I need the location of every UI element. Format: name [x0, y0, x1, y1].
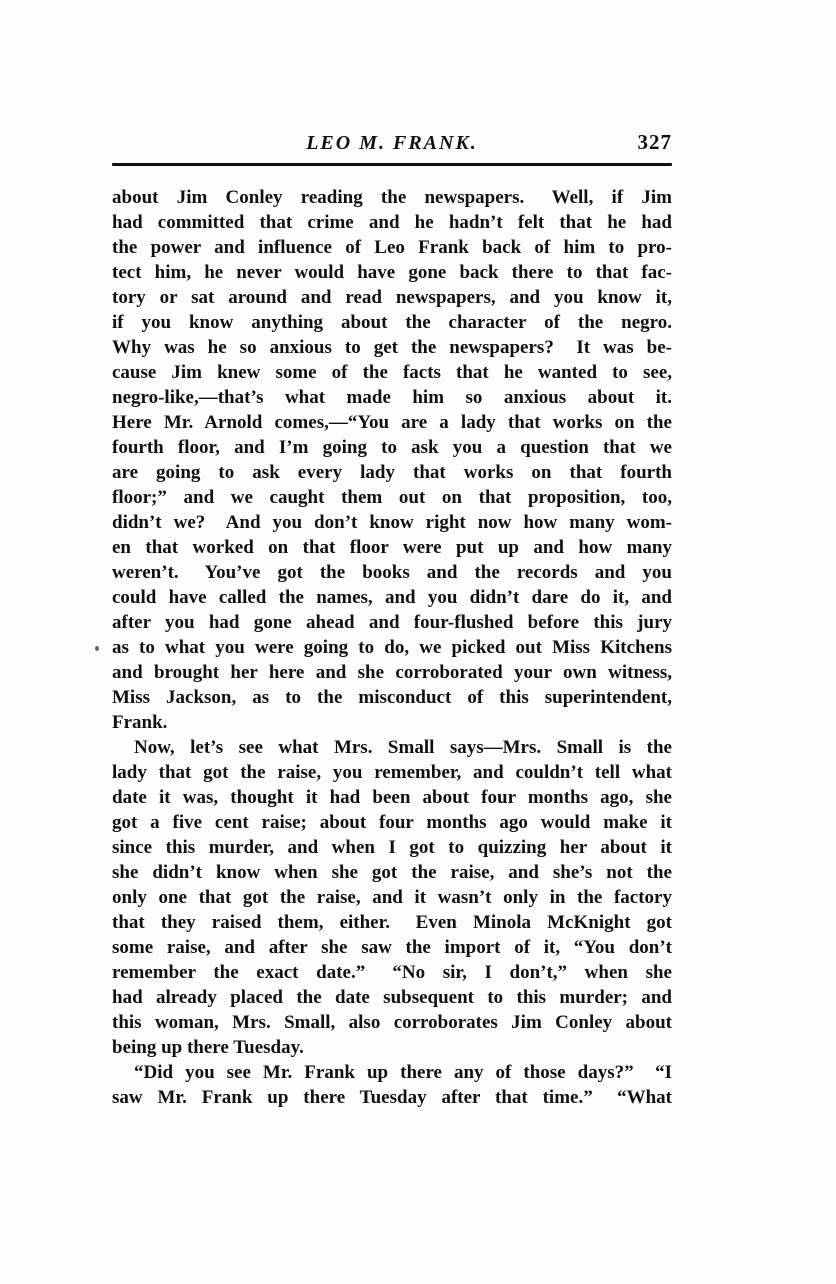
text-line: weren’t. You’ve got the books and the re… — [112, 560, 672, 585]
text-line: “Did you see Mr. Frank up there any of t… — [112, 1060, 672, 1085]
text-line: as to what you were going to do, we pick… — [112, 635, 672, 660]
text-line: Frank. — [112, 710, 672, 735]
text-line: floor;” and we caught them out on that p… — [112, 485, 672, 510]
text-line: en that worked on that floor were put up… — [112, 535, 672, 560]
text-line: got a five cent raise; about four months… — [112, 810, 672, 835]
text-line: Miss Jackson, as to the misconduct of th… — [112, 685, 672, 710]
text-line: are going to ask every lady that works o… — [112, 460, 672, 485]
page-body-text: about Jim Conley reading the newspapers.… — [112, 185, 672, 1110]
text-line: lady that got the raise, you remember, a… — [112, 760, 672, 785]
text-line: she didn’t know when she got the raise, … — [112, 860, 672, 885]
text-line: since this murder, and when I got to qui… — [112, 835, 672, 860]
text-line: some raise, and after she saw the import… — [112, 935, 672, 960]
text-line: tect him, he never would have gone back … — [112, 260, 672, 285]
scanned-book-page: { "colors": { "ink": "#111111", "paper":… — [0, 0, 836, 1284]
text-line: could have called the names, and you did… — [112, 585, 672, 610]
text-column: LEO M. FRANK. 327 about Jim Conley readi… — [112, 131, 672, 1110]
text-line: Why was he so anxious to get the newspap… — [112, 335, 672, 360]
text-line: had already placed the date subsequent t… — [112, 985, 672, 1010]
text-line: cause Jim knew some of the facts that he… — [112, 360, 672, 385]
text-line: saw Mr. Frank up there Tuesday after tha… — [112, 1085, 672, 1110]
text-line: had committed that crime and he hadn’t f… — [112, 210, 672, 235]
text-line: remember the exact date.” “No sir, I don… — [112, 960, 672, 985]
scan-speck — [95, 646, 99, 651]
text-line: if you know anything about the character… — [112, 310, 672, 335]
text-line: the power and influence of Leo Frank bac… — [112, 235, 672, 260]
text-line: this woman, Mrs. Small, also corroborate… — [112, 1010, 672, 1035]
text-line: date it was, thought it had been about f… — [112, 785, 672, 810]
text-line: Here Mr. Arnold comes,—“You are a lady t… — [112, 410, 672, 435]
text-line: that they raised them, either. Even Mino… — [112, 910, 672, 935]
text-line: being up there Tuesday. — [112, 1035, 672, 1060]
text-line: fourth floor, and I’m going to ask you a… — [112, 435, 672, 460]
text-line: after you had gone ahead and four-flushe… — [112, 610, 672, 635]
text-line: didn’t we? And you don’t know right now … — [112, 510, 672, 535]
running-head: LEO M. FRANK. 327 — [112, 131, 672, 155]
text-line: only one that got the raise, and it wasn… — [112, 885, 672, 910]
page-title: LEO M. FRANK. — [112, 131, 672, 155]
text-line: Now, let’s see what Mrs. Small says—Mrs.… — [112, 735, 672, 760]
text-line: about Jim Conley reading the newspapers.… — [112, 185, 672, 210]
text-line: and brought her here and she corroborate… — [112, 660, 672, 685]
header-rule — [112, 163, 672, 166]
text-line: negro-like,—that’s what made him so anxi… — [112, 385, 672, 410]
page-number: 327 — [638, 130, 673, 154]
text-line: tory or sat around and read newspapers, … — [112, 285, 672, 310]
